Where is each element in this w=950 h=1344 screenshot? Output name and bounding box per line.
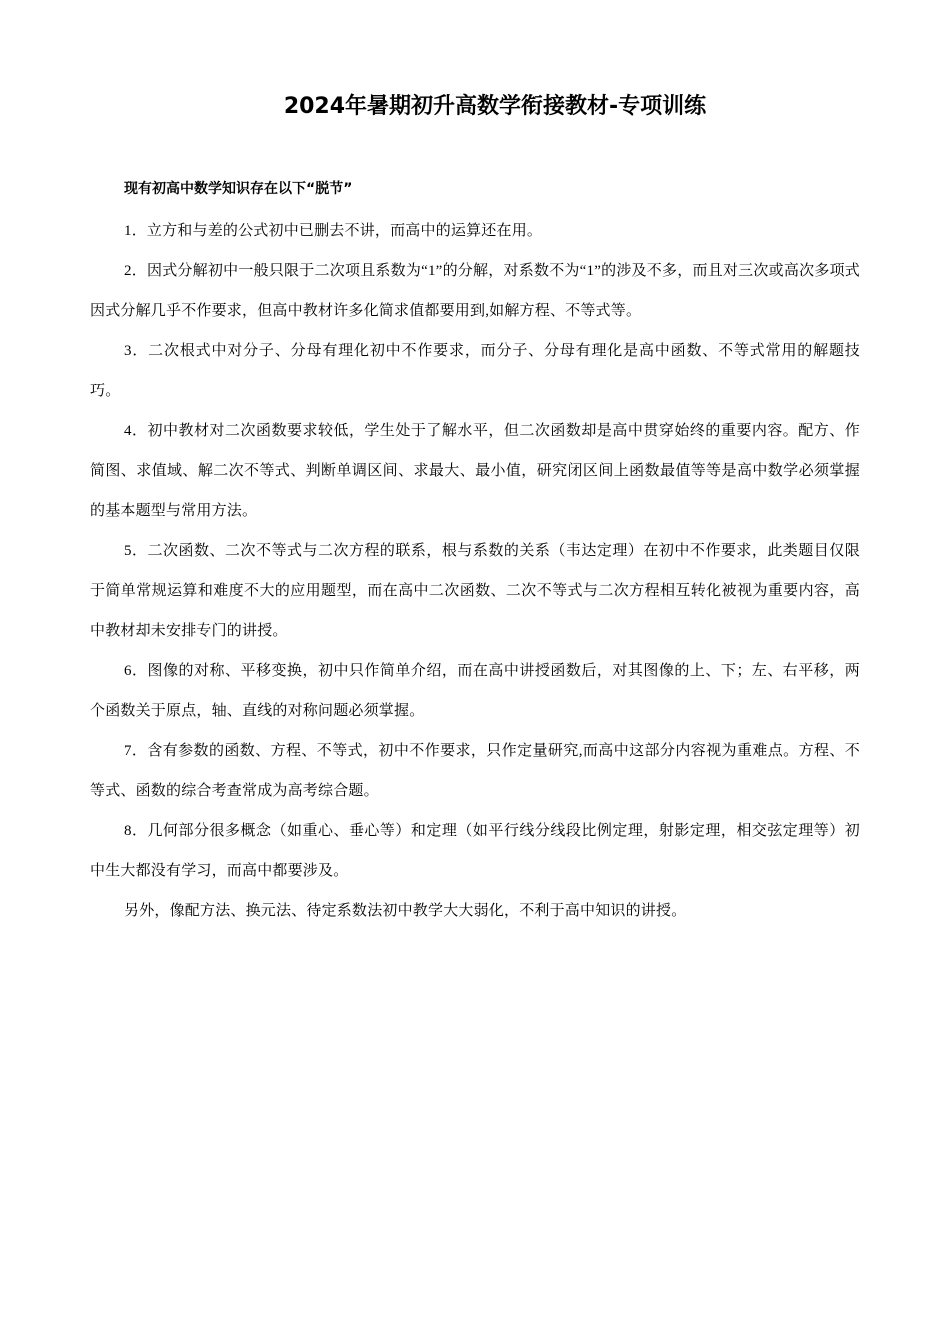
list-item-7: 7．含有参数的函数、方程、不等式，初中不作要求，只作定量研究,而高中这部分内容视… xyxy=(90,731,860,811)
item-number: 2． xyxy=(124,263,147,279)
item-number: 1． xyxy=(124,223,147,239)
item-text: 含有参数的函数、方程、不等式，初中不作要求，只作定量研究,而高中这部分内容视为重… xyxy=(90,743,860,799)
list-item-1: 1．立方和与差的公式初中已删去不讲，而高中的运算还在用。 xyxy=(90,211,860,251)
item-number: 6． xyxy=(124,663,148,679)
list-item-4: 4．初中教材对二次函数要求较低，学生处于了解水平，但二次函数却是高中贯穿始终的重… xyxy=(90,411,860,531)
item-text: 立方和与差的公式初中已删去不讲，而高中的运算还在用。 xyxy=(147,223,542,239)
item-number: 5． xyxy=(124,543,148,559)
section-heading: 现有初高中数学知识存在以下“脱节” xyxy=(124,176,860,202)
document-page: 2024年暑期初升高数学衔接教材-专项训练 现有初高中数学知识存在以下“脱节” … xyxy=(0,0,950,1344)
item-text: 几何部分很多概念（如重心、垂心等）和定理（如平行线分线段比例定理，射影定理，相交… xyxy=(90,823,860,879)
list-item-6: 6．图像的对称、平移变换，初中只作简单介绍，而在高中讲授函数后，对其图像的上、下… xyxy=(90,651,860,731)
list-item-5: 5．二次函数、二次不等式与二次方程的联系，根与系数的关系（韦达定理）在初中不作要… xyxy=(90,531,860,651)
document-body: 现有初高中数学知识存在以下“脱节” 1．立方和与差的公式初中已删去不讲，而高中的… xyxy=(90,176,860,931)
item-number: 8． xyxy=(124,823,148,839)
closing-paragraph: 另外，像配方法、换元法、待定系数法初中教学大大弱化，不利于高中知识的讲授。 xyxy=(90,891,860,931)
item-text: 二次函数、二次不等式与二次方程的联系，根与系数的关系（韦达定理）在初中不作要求，… xyxy=(90,543,860,639)
item-text: 初中教材对二次函数要求较低，学生处于了解水平，但二次函数却是高中贯穿始终的重要内… xyxy=(90,423,860,519)
list-item-3: 3．二次根式中对分子、分母有理化初中不作要求，而分子、分母有理化是高中函数、不等… xyxy=(90,331,860,411)
item-number: 3． xyxy=(124,343,148,359)
document-title: 2024年暑期初升高数学衔接教材-专项训练 xyxy=(0,92,950,122)
list-item-8: 8．几何部分很多概念（如重心、垂心等）和定理（如平行线分线段比例定理，射影定理，… xyxy=(90,811,860,891)
item-text: 图像的对称、平移变换，初中只作简单介绍，而在高中讲授函数后，对其图像的上、下；左… xyxy=(90,663,860,719)
item-text: 因式分解初中一般只限于二次项且系数为“1”的分解，对系数不为“1”的涉及不多，而… xyxy=(90,263,860,319)
item-number: 7． xyxy=(124,743,147,759)
item-text: 二次根式中对分子、分母有理化初中不作要求，而分子、分母有理化是高中函数、不等式常… xyxy=(90,343,860,399)
item-number: 4． xyxy=(124,423,148,439)
list-item-2: 2．因式分解初中一般只限于二次项且系数为“1”的分解，对系数不为“1”的涉及不多… xyxy=(90,251,860,331)
